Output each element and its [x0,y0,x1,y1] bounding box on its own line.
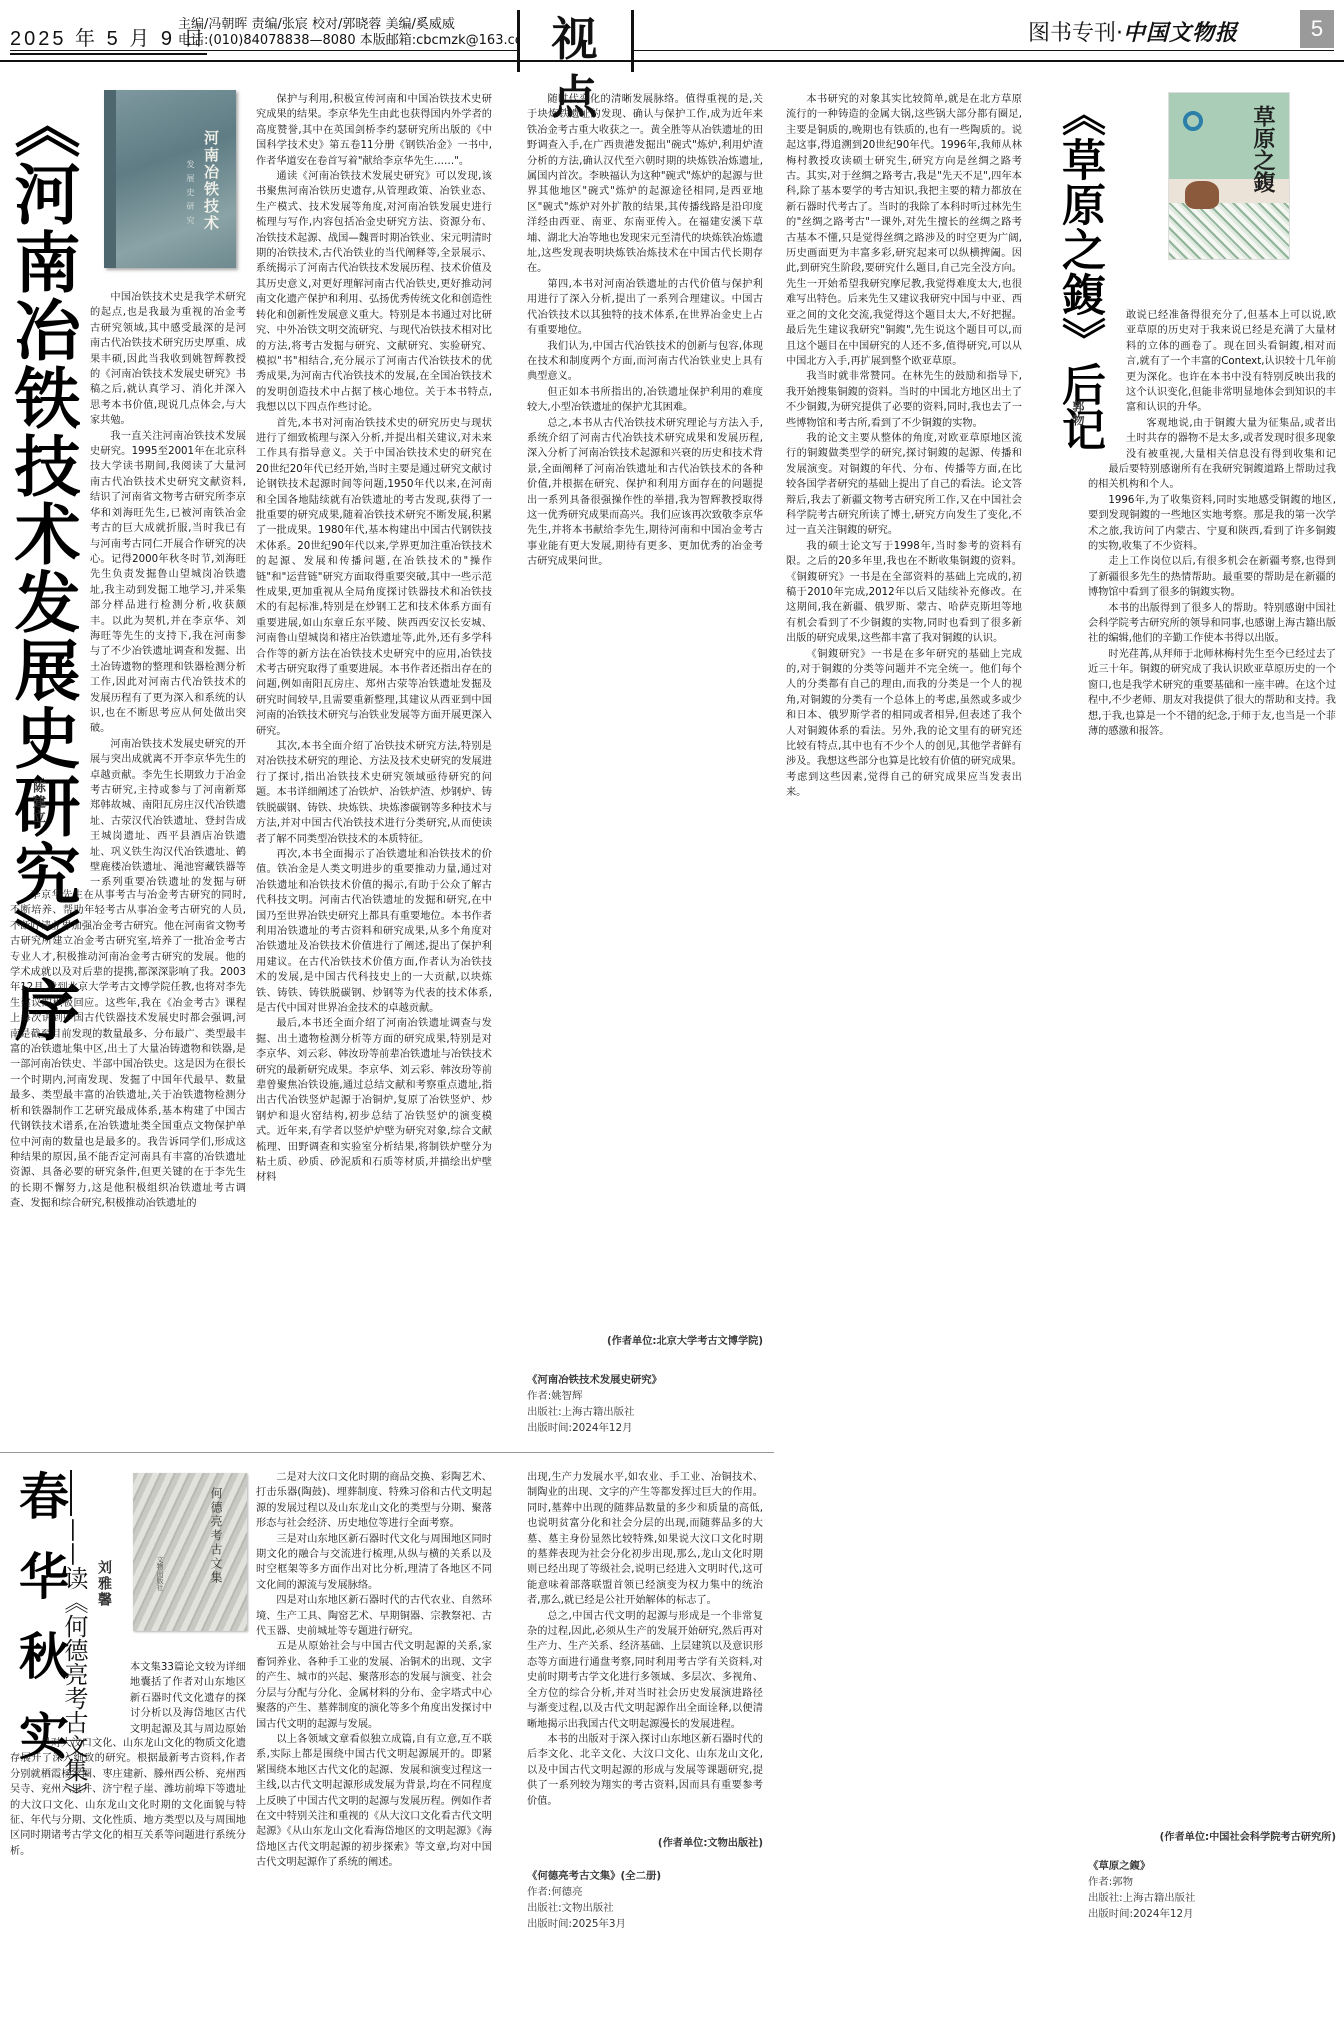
section-divider [0,1452,774,1453]
staff-editors: 主编/冯朝晖 责编/张宸 校对/郭晓蓉 美编/奚威威 [178,17,535,33]
article3-title: 《草原之鍑》后记 [1054,92,1104,452]
article2-affiliation: (作者单位:文物出版社) [527,1836,763,1854]
masthead-rule-right [634,50,1334,51]
article2-author: 刘雅馨 [94,1560,114,1608]
cover-publisher: 文物出版社 [155,1556,165,1591]
article1-column-1: 中国冶铁技术史是我学术研究的起点,也是我最为重视的冶金考古研究领域,其中感受最深… [90,290,246,886]
article3-column-2-top: 敢说已经准备得很充分了,但基本上可以说,欧亚草原的历史对于我来说已经是充满了大量… [1126,308,1336,463]
book-title: 《草原之鍑》 [1088,1858,1195,1874]
article1-author: 陈建立 [28,780,47,825]
article1-book-info: 《河南冶铁技术发展史研究》 作者:姚智辉 出版社:上海古籍出版社 出版时间:20… [527,1372,662,1436]
masthead-rule-left [10,50,520,51]
staff-credits: 主编/冯朝晖 责编/张宸 校对/郭晓蓉 美编/奚威威 电话:(010)84078… [178,17,535,49]
cover-spine [104,90,116,268]
article1-column-2: 保护与利用,积极宣传河南和中国冶铁技术史研究成果的结果。李京华先生由此也获得国内… [256,92,492,1394]
book-publisher: 出版社:上海古籍出版社 [1088,1890,1195,1906]
cover-title: 何德亮考古文集 [208,1487,225,1585]
bronze-cauldron-image [1185,181,1219,209]
page-number: 5 [1300,10,1334,48]
section-title: 视点 [517,10,634,72]
article1-column-3: 随时代变化的清晰发展脉络。值得重视的是,关于块炼铁遗址的发现、确认与保护工作,成… [527,92,763,1374]
article3-column-2: 客观地说,由于铜鍑大量为征集品,或者出土时共存的器物不是太多,或者发现时很多现象… [1088,462,1336,1822]
masthead: 2025 年 5 月 9 日 主编/冯朝晖 责编/张宸 校对/郭晓蓉 美编/奚威… [0,0,1344,58]
supplement-label: 图书专刊· [1028,21,1123,46]
article1-affiliation: (作者单位:北京大学考古文博学院) [527,1334,763,1352]
book-publisher: 出版社:文物出版社 [527,1900,661,1916]
paper-name: 图书专刊·中国文物报 [1028,16,1238,47]
top-rule [0,60,1344,62]
article3-column-1: 本书研究的对象其实比较简单,就是在北方草原流行的一种铸造的金属大锅,这些锅大部分… [786,92,1022,2020]
publisher-logo-icon [1183,111,1203,131]
article1-column-wide: 李京华先生在从事考古与冶金考古研究的同时,不断培养、帮助年轻考古从事冶金考古研究… [10,888,246,1394]
book-publisher: 出版社:上海古籍出版社 [527,1404,662,1420]
subtitle-dash [70,1470,72,1516]
book-title: 《河南冶铁技术发展史研究》 [527,1372,662,1388]
article3-affiliation: (作者单位:中国社会科学院考古研究所) [1088,1830,1336,1848]
article2-book-info: 《何德亮考古文集》(全二册) 作者:何德亮 出版社:文物出版社 出版时间:202… [527,1868,661,1932]
book-cover-he: 何德亮考古文集 文物出版社 [133,1473,247,1631]
article2-intro: 本文集33篇论文较为详细地囊括了作者对山东地区新石器时代文化遗存的探讨分析以及海… [130,1660,246,1738]
book-date: 出版时间:2024年12月 [527,1420,662,1436]
book-cover-henan: 河南冶铁技术 发展史研究 [104,90,236,268]
article2-column-1: 本文集33篇论文较为详细地囊括了作者对山东地区新石器时代文化遗存的探讨分析以及海… [10,1736,246,2006]
book-author: 作者:何德亮 [527,1884,661,1900]
book-author: 作者:郭物 [1088,1874,1195,1890]
article3-book-info: 《草原之鍑》 作者:郭物 出版社:上海古籍出版社 出版时间:2024年12月 [1088,1858,1195,1922]
cover-subtitle: 发展史研究 [185,160,196,230]
staff-contact: 电话:(010)84078838—8080 本版邮箱:cbcmzk@163.co… [178,33,535,49]
cover-title: 草原之鍑 [1248,105,1279,193]
cover-title: 河南冶铁技术 [201,130,222,232]
book-cover-caoyuan: 草原之鍑 [1168,92,1290,260]
book-date: 出版时间:2025年3月 [527,1916,661,1932]
article3-author: 郭物 [1070,400,1087,428]
book-title: 《何德亮考古文集》(全二册) [527,1868,661,1884]
paper-logo: 中国文物报 [1123,20,1238,46]
article2-column-3: 出现,生产力发展水平,如农业、手工业、冶铜技术、制陶业的出现、文字的产生等都发挥… [527,1470,763,1856]
book-author: 作者:姚智辉 [527,1388,662,1404]
article2-column-2: 二是对大汶口文化时期的商品交换、彩陶艺术、打击乐器(陶鼓)、埋葬制度、特殊习俗和… [256,1470,492,2010]
book-date: 出版时间:2024年12月 [1088,1906,1195,1922]
